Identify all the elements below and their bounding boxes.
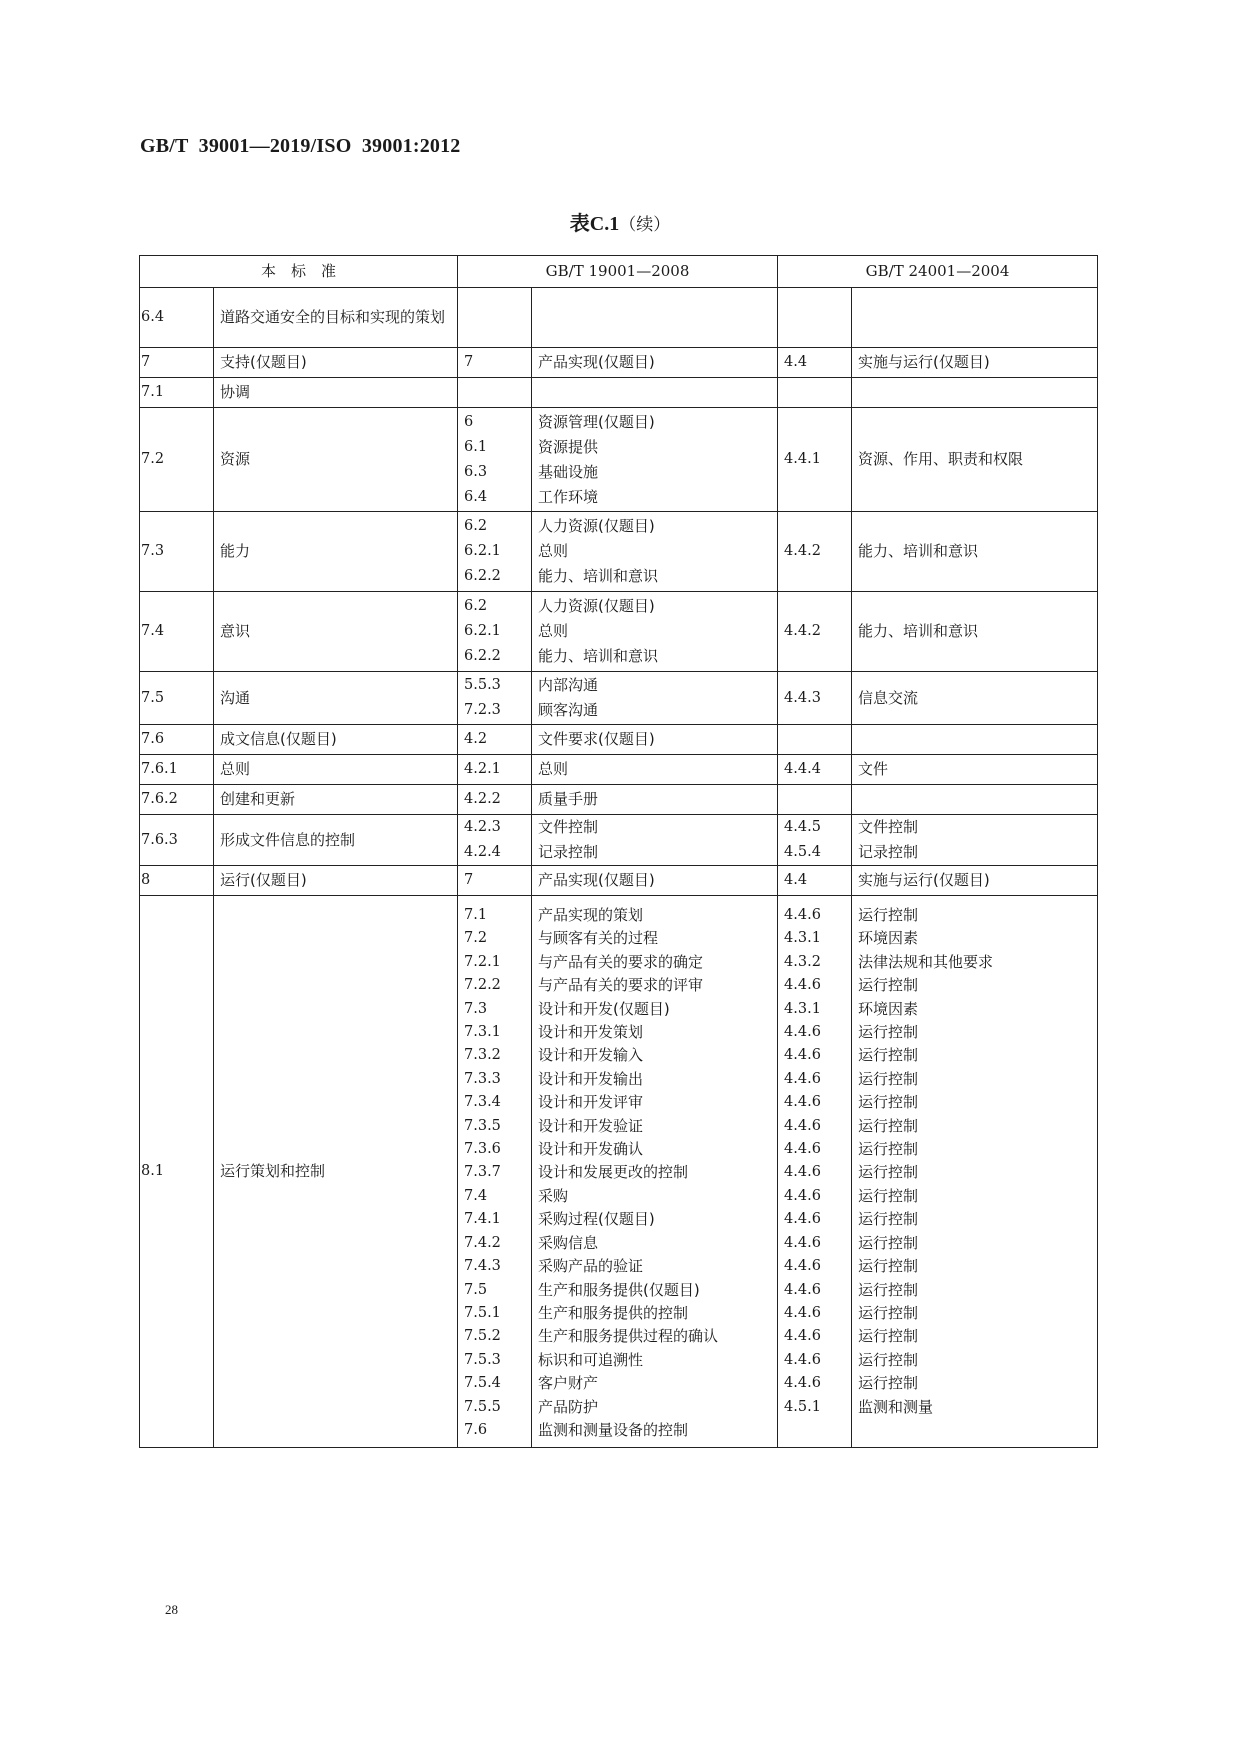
gb19001-clause-title-line: 采购: [538, 1185, 771, 1208]
gb24001-clause-title: 实施与运行(仅题目): [852, 348, 1098, 378]
gb24001-clause-title-line: 文件: [858, 757, 1091, 782]
gb24001-clause-title-line: 运行控制: [858, 1349, 1091, 1372]
clause-title: 总则: [214, 755, 458, 785]
gb19001-clause-number-line: 7.3.6: [464, 1138, 525, 1161]
gb19001-clause-title-line: 设计和开发评审: [538, 1091, 771, 1114]
gb19001-clause-number: 6.26.2.16.2.2: [458, 512, 532, 592]
gb19001-clause-title: 产品实现(仅题目): [532, 348, 778, 378]
gb24001-clause-number-line: 4.4.6: [784, 974, 845, 997]
gb24001-clause-title-line: 运行控制: [858, 1161, 1091, 1184]
gb19001-clause-number-line: 7.5.4: [464, 1372, 525, 1395]
gb24001-clause-title: 能力、培训和意识: [852, 592, 1098, 672]
gb24001-clause-title-line: 运行控制: [858, 904, 1091, 927]
gb24001-clause-title-line: 实施与运行(仅题目): [858, 868, 1091, 893]
gb19001-clause-number-line: 6.3: [464, 460, 525, 485]
gb24001-clause-number-line: 4.4.2: [784, 619, 845, 644]
gb24001-clause-number-line: 4.4.6: [784, 1185, 845, 1208]
clause-number: 7.3: [140, 512, 214, 592]
gb24001-clause-number: 4.4: [778, 866, 852, 896]
gb24001-clause-number-line: 4.4: [784, 868, 845, 893]
table-row: 7.3能力6.26.2.16.2.2人力资源(仅题目)总则能力、培训和意识4.4…: [140, 512, 1098, 592]
clause-number: 7.5: [140, 672, 214, 725]
gb24001-clause-number: [778, 785, 852, 815]
gb19001-clause-title-line: 设计和开发验证: [538, 1115, 771, 1138]
table-row: 7.5沟通5.5.37.2.3内部沟通顾客沟通4.4.3信息交流: [140, 672, 1098, 725]
gb19001-clause-title: 资源管理(仅题目)资源提供基础设施工作环境: [532, 408, 778, 512]
gb19001-clause-number-line: 7: [464, 350, 525, 375]
gb24001-clause-number-line: 4.4.2: [784, 539, 845, 564]
gb19001-clause-number-line: 6.2.2: [464, 644, 525, 669]
gb24001-clause-number-line: 4.4.6: [784, 1138, 845, 1161]
gb19001-clause-number: 6.26.2.16.2.2: [458, 592, 532, 672]
gb24001-clause-title: 文件: [852, 755, 1098, 785]
clause-title: 道路交通安全的目标和实现的策划: [214, 288, 458, 348]
gb19001-clause-title: 文件控制记录控制: [532, 815, 778, 866]
gb24001-clause-title-line: 运行控制: [858, 1115, 1091, 1138]
gb24001-clause-number-line: 4.4: [784, 350, 845, 375]
gb19001-clause-title-line: 产品防护: [538, 1396, 771, 1419]
gb24001-clause-title-line: 资源、作用、职责和权限: [858, 447, 1091, 472]
clause-title: 支持(仅题目): [214, 348, 458, 378]
gb19001-clause-number: 4.2.1: [458, 755, 532, 785]
gb19001-clause-title-line: 设计和开发确认: [538, 1138, 771, 1161]
gb19001-clause-number-line: 4.2: [464, 727, 525, 752]
gb19001-clause-number: 7: [458, 348, 532, 378]
gb19001-clause-title-line: 产品实现(仅题目): [538, 350, 771, 375]
gb19001-clause-title-line: 工作环境: [538, 485, 771, 510]
gb19001-clause-number: 4.2: [458, 725, 532, 755]
gb24001-clause-title-line: 运行控制: [858, 1232, 1091, 1255]
gb19001-clause-number-line: 4.2.1: [464, 757, 525, 782]
gb19001-clause-title-line: 基础设施: [538, 460, 771, 485]
table-row: 8.1运行策划和控制7.17.27.2.17.2.27.37.3.17.3.27…: [140, 896, 1098, 1448]
gb24001-clause-number-line: 4.3.2: [784, 951, 845, 974]
gb19001-clause-title-line: 人力资源(仅题目): [538, 594, 771, 619]
gb24001-clause-title: 运行控制环境因素法律法规和其他要求运行控制环境因素运行控制运行控制运行控制运行控…: [852, 896, 1098, 1448]
clause-title: 运行策划和控制: [214, 896, 458, 1448]
gb24001-clause-title-line: 运行控制: [858, 1372, 1091, 1395]
gb19001-clause-title-line: 客户财产: [538, 1372, 771, 1395]
clause-title: 能力: [214, 512, 458, 592]
gb24001-clause-number-line: 4.4.6: [784, 1068, 845, 1091]
gb19001-clause-title-line: 标识和可追溯性: [538, 1349, 771, 1372]
table-title: 表C.1（续）: [0, 207, 1240, 236]
gb24001-clause-number-line: 4.4.6: [784, 1044, 845, 1067]
gb24001-clause-title-line: 运行控制: [858, 1208, 1091, 1231]
table-row: 7支持(仅题目)7产品实现(仅题目)4.4实施与运行(仅题目): [140, 348, 1098, 378]
table-row: 7.6.3形成文件信息的控制4.2.34.2.4文件控制记录控制4.4.54.5…: [140, 815, 1098, 866]
gb24001-clause-title-line: 运行控制: [858, 1138, 1091, 1161]
gb19001-clause-number: 4.2.34.2.4: [458, 815, 532, 866]
gb24001-clause-number-line: 4.4.3: [784, 686, 845, 711]
header-gb19001: GB/T 19001—2008: [458, 256, 778, 288]
gb19001-clause-number-line: 7.3.2: [464, 1044, 525, 1067]
clause-number: 6.4: [140, 288, 214, 348]
gb24001-clause-number-line: 4.4.6: [784, 1349, 845, 1372]
gb24001-clause-title: [852, 725, 1098, 755]
gb24001-clause-title-line: 信息交流: [858, 686, 1091, 711]
gb24001-clause-number-line: 4.3.1: [784, 998, 845, 1021]
clause-title: 资源: [214, 408, 458, 512]
gb19001-clause-number-line: 6.2: [464, 594, 525, 619]
gb19001-clause-title-line: 记录控制: [538, 840, 771, 865]
page-number: 28: [165, 1602, 178, 1618]
gb19001-clause-title: 质量手册: [532, 785, 778, 815]
gb19001-clause-number-line: 4.2.4: [464, 840, 525, 865]
gb19001-clause-number-line: 7.3.1: [464, 1021, 525, 1044]
gb24001-clause-number-line: 4.4.6: [784, 1161, 845, 1184]
gb19001-clause-number-line: 7.4: [464, 1185, 525, 1208]
gb24001-clause-number-line: 4.4.6: [784, 1115, 845, 1138]
gb19001-clause-title: 人力资源(仅题目)总则能力、培训和意识: [532, 592, 778, 672]
gb19001-clause-number-line: 7.3.7: [464, 1161, 525, 1184]
gb19001-clause-title: 文件要求(仅题目): [532, 725, 778, 755]
gb24001-clause-title: 实施与运行(仅题目): [852, 866, 1098, 896]
clause-title: 意识: [214, 592, 458, 672]
gb24001-clause-number-line: 4.4.6: [784, 1255, 845, 1278]
gb24001-clause-number-line: 4.4.6: [784, 904, 845, 927]
gb24001-clause-title: 资源、作用、职责和权限: [852, 408, 1098, 512]
gb19001-clause-number-line: 7.1: [464, 904, 525, 927]
gb24001-clause-title: [852, 288, 1098, 348]
gb19001-clause-title-line: 质量手册: [538, 787, 771, 812]
gb19001-clause-number-line: 7: [464, 868, 525, 893]
clause-number: 7: [140, 348, 214, 378]
clause-number: 8.1: [140, 896, 214, 1448]
gb19001-clause-number-line: 7.2.1: [464, 951, 525, 974]
gb24001-clause-number: 4.4.64.3.14.3.24.4.64.3.14.4.64.4.64.4.6…: [778, 896, 852, 1448]
gb19001-clause-number-line: 7.3.3: [464, 1068, 525, 1091]
gb19001-clause-number-line: 7.5: [464, 1279, 525, 1302]
gb24001-clause-number-line: 4.4.4: [784, 757, 845, 782]
gb19001-clause-number-line: 7.4.2: [464, 1232, 525, 1255]
gb19001-clause-number-line: 7.2.2: [464, 974, 525, 997]
gb24001-clause-title: 能力、培训和意识: [852, 512, 1098, 592]
gb19001-clause-title: 总则: [532, 755, 778, 785]
gb24001-clause-number: 4.4.1: [778, 408, 852, 512]
gb19001-clause-title-line: 能力、培训和意识: [538, 564, 771, 589]
clause-title: 形成文件信息的控制: [214, 815, 458, 866]
gb19001-clause-number-line: 6.2.1: [464, 539, 525, 564]
gb19001-clause-title-line: 生产和服务提供的控制: [538, 1302, 771, 1325]
gb24001-clause-number: 4.4.54.5.4: [778, 815, 852, 866]
gb19001-clause-title: [532, 378, 778, 408]
gb24001-clause-title-line: 记录控制: [858, 840, 1091, 865]
gb24001-clause-number-line: 4.4.6: [784, 1372, 845, 1395]
gb19001-clause-number: [458, 288, 532, 348]
gb19001-clause-number-line: 7.6: [464, 1419, 525, 1442]
gb19001-clause-number-line: 7.4.3: [464, 1255, 525, 1278]
clause-title: 运行(仅题目): [214, 866, 458, 896]
gb24001-clause-number: [778, 288, 852, 348]
gb24001-clause-number: [778, 378, 852, 408]
gb19001-clause-title-line: 文件控制: [538, 815, 771, 840]
gb19001-clause-title-line: 设计和发展更改的控制: [538, 1161, 771, 1184]
table-title-label: 表C.1: [570, 213, 619, 235]
gb24001-clause-number-line: 4.3.1: [784, 927, 845, 950]
gb19001-clause-title: 内部沟通顾客沟通: [532, 672, 778, 725]
gb19001-clause-title: 人力资源(仅题目)总则能力、培训和意识: [532, 512, 778, 592]
table-body: 6.4道路交通安全的目标和实现的策划7支持(仅题目)7产品实现(仅题目)4.4实…: [140, 288, 1098, 1448]
clause-title: 创建和更新: [214, 785, 458, 815]
gb24001-clause-number-line: 4.4.6: [784, 1091, 845, 1114]
gb24001-clause-title-line: 运行控制: [858, 1325, 1091, 1348]
gb19001-clause-number-line: 6.1: [464, 435, 525, 460]
gb19001-clause-title-line: 设计和开发策划: [538, 1021, 771, 1044]
gb24001-clause-number: 4.4: [778, 348, 852, 378]
gb19001-clause-title-line: 总则: [538, 757, 771, 782]
clause-number: 7.4: [140, 592, 214, 672]
clause-title: 协调: [214, 378, 458, 408]
table-row: 7.4意识6.26.2.16.2.2人力资源(仅题目)总则能力、培训和意识4.4…: [140, 592, 1098, 672]
gb19001-clause-title-line: 设计和开发输出: [538, 1068, 771, 1091]
gb19001-clause-title-line: 生产和服务提供(仅题目): [538, 1279, 771, 1302]
gb19001-clause-number-line: 7.2.3: [464, 698, 525, 723]
table-row: 7.6成文信息(仅题目)4.2文件要求(仅题目): [140, 725, 1098, 755]
gb19001-clause-title-line: 采购信息: [538, 1232, 771, 1255]
gb24001-clause-title-line: 运行控制: [858, 974, 1091, 997]
gb19001-clause-number: 4.2.2: [458, 785, 532, 815]
gb24001-clause-number-line: 4.4.6: [784, 1279, 845, 1302]
gb19001-clause-title: 产品实现(仅题目): [532, 866, 778, 896]
header-gb24001: GB/T 24001—2004: [778, 256, 1098, 288]
gb19001-clause-number-line: 6.4: [464, 485, 525, 510]
gb24001-clause-number: [778, 725, 852, 755]
gb19001-clause-title-line: 文件要求(仅题目): [538, 727, 771, 752]
gb24001-clause-number-line: 4.5.4: [784, 840, 845, 865]
gb24001-clause-title-line: 文件控制: [858, 815, 1091, 840]
clause-number: 7.6: [140, 725, 214, 755]
gb24001-clause-title-line: 监测和测量: [858, 1396, 1091, 1419]
table-row: 8运行(仅题目)7产品实现(仅题目)4.4实施与运行(仅题目): [140, 866, 1098, 896]
gb24001-clause-number-line: 4.4.1: [784, 447, 845, 472]
clause-number: 7.2: [140, 408, 214, 512]
cross-reference-table: 本 标 准 GB/T 19001—2008 GB/T 24001—2004 6.…: [139, 255, 1098, 1448]
table-title-continued: （续）: [619, 215, 670, 235]
gb19001-clause-title-line: 产品实现的策划: [538, 904, 771, 927]
table-header-row: 本 标 准 GB/T 19001—2008 GB/T 24001—2004: [140, 256, 1098, 288]
gb24001-clause-title: 信息交流: [852, 672, 1098, 725]
gb24001-clause-number: 4.4.3: [778, 672, 852, 725]
clause-number: 7.1: [140, 378, 214, 408]
gb19001-clause-number: 7: [458, 866, 532, 896]
table-row: 7.6.1总则4.2.1总则4.4.4文件: [140, 755, 1098, 785]
clause-number: 7.6.2: [140, 785, 214, 815]
gb19001-clause-title-line: 与产品有关的要求的评审: [538, 974, 771, 997]
table-row: 7.6.2创建和更新4.2.2质量手册: [140, 785, 1098, 815]
gb24001-clause-number-line: 4.4.6: [784, 1232, 845, 1255]
gb19001-clause-title-line: 监测和测量设备的控制: [538, 1419, 771, 1442]
gb24001-clause-title-line: 运行控制: [858, 1044, 1091, 1067]
gb19001-clause-number-line: 5.5.3: [464, 673, 525, 698]
gb24001-clause-title-line: 环境因素: [858, 998, 1091, 1021]
gb24001-clause-number-line: 4.4.6: [784, 1302, 845, 1325]
table-row: 6.4道路交通安全的目标和实现的策划: [140, 288, 1098, 348]
gb24001-clause-title: 文件控制记录控制: [852, 815, 1098, 866]
header-this-standard: 本 标 准: [140, 256, 458, 288]
gb19001-clause-title-line: 总则: [538, 539, 771, 564]
gb19001-clause-number: 66.16.36.4: [458, 408, 532, 512]
gb24001-clause-title-line: 运行控制: [858, 1091, 1091, 1114]
gb24001-clause-title: [852, 785, 1098, 815]
gb19001-clause-number-line: 6.2: [464, 514, 525, 539]
gb24001-clause-title-line: 环境因素: [858, 927, 1091, 950]
gb19001-clause-number-line: 6.2.1: [464, 619, 525, 644]
gb24001-clause-title-line: 能力、培训和意识: [858, 539, 1091, 564]
gb19001-clause-number-line: 6: [464, 410, 525, 435]
gb24001-clause-title-line: 法律法规和其他要求: [858, 951, 1091, 974]
gb19001-clause-title: 产品实现的策划与顾客有关的过程与产品有关的要求的确定与产品有关的要求的评审设计和…: [532, 896, 778, 1448]
gb19001-clause-number: 5.5.37.2.3: [458, 672, 532, 725]
gb19001-clause-title-line: 内部沟通: [538, 673, 771, 698]
gb19001-clause-title-line: 能力、培训和意识: [538, 644, 771, 669]
gb24001-clause-number: 4.4.2: [778, 512, 852, 592]
gb19001-clause-number-line: 7.5.3: [464, 1349, 525, 1372]
gb24001-clause-title-line: 运行控制: [858, 1279, 1091, 1302]
gb19001-clause-title: [532, 288, 778, 348]
gb19001-clause-number-line: 7.3.5: [464, 1115, 525, 1138]
gb19001-clause-title-line: 人力资源(仅题目): [538, 514, 771, 539]
gb19001-clause-title-line: 总则: [538, 619, 771, 644]
clause-title: 沟通: [214, 672, 458, 725]
clause-number: 7.6.1: [140, 755, 214, 785]
gb24001-clause-number-line: 4.4.6: [784, 1021, 845, 1044]
gb19001-clause-title-line: 与顾客有关的过程: [538, 927, 771, 950]
gb24001-clause-title-line: 运行控制: [858, 1185, 1091, 1208]
gb19001-clause-title-line: 设计和开发(仅题目): [538, 998, 771, 1021]
gb19001-clause-number-line: 7.4.1: [464, 1208, 525, 1231]
gb19001-clause-title-line: 顾客沟通: [538, 698, 771, 723]
gb19001-clause-title-line: 资源管理(仅题目): [538, 410, 771, 435]
gb19001-clause-title-line: 产品实现(仅题目): [538, 868, 771, 893]
gb19001-clause-title-line: 采购产品的验证: [538, 1255, 771, 1278]
gb19001-clause-title-line: 生产和服务提供过程的确认: [538, 1325, 771, 1348]
gb19001-clause-number-line: 7.5.1: [464, 1302, 525, 1325]
gb24001-clause-number: 4.4.2: [778, 592, 852, 672]
gb19001-clause-number-line: 7.3.4: [464, 1091, 525, 1114]
standard-header: GB/T 39001—2019/ISO 39001:2012: [140, 135, 461, 158]
gb19001-clause-title-line: 资源提供: [538, 435, 771, 460]
clause-title: 成文信息(仅题目): [214, 725, 458, 755]
gb24001-clause-number-line: 4.4.6: [784, 1325, 845, 1348]
gb24001-clause-title-line: 运行控制: [858, 1255, 1091, 1278]
gb24001-clause-number-line: 4.4.5: [784, 815, 845, 840]
gb24001-clause-number: 4.4.4: [778, 755, 852, 785]
clause-number: 7.6.3: [140, 815, 214, 866]
clause-number: 8: [140, 866, 214, 896]
gb19001-clause-title-line: 采购过程(仅题目): [538, 1208, 771, 1231]
gb19001-clause-number-line: 4.2.3: [464, 815, 525, 840]
gb24001-clause-title-line: 运行控制: [858, 1068, 1091, 1091]
gb24001-clause-title: [852, 378, 1098, 408]
gb19001-clause-number-line: 7.5.5: [464, 1396, 525, 1419]
gb19001-clause-title-line: 与产品有关的要求的确定: [538, 951, 771, 974]
gb19001-clause-number-line: 6.2.2: [464, 564, 525, 589]
gb19001-clause-title-line: 设计和开发输入: [538, 1044, 771, 1067]
gb24001-clause-number-line: 4.5.1: [784, 1396, 845, 1419]
gb24001-clause-number-line: 4.4.6: [784, 1208, 845, 1231]
gb24001-clause-title-line: 运行控制: [858, 1302, 1091, 1325]
table-row: 7.1协调: [140, 378, 1098, 408]
gb19001-clause-number-line: 7.2: [464, 927, 525, 950]
table-row: 7.2资源66.16.36.4资源管理(仅题目)资源提供基础设施工作环境4.4.…: [140, 408, 1098, 512]
gb19001-clause-number-line: 4.2.2: [464, 787, 525, 812]
gb24001-clause-title-line: 实施与运行(仅题目): [858, 350, 1091, 375]
gb24001-clause-title-line: 运行控制: [858, 1021, 1091, 1044]
gb19001-clause-number: 7.17.27.2.17.2.27.37.3.17.3.27.3.37.3.47…: [458, 896, 532, 1448]
gb19001-clause-number: [458, 378, 532, 408]
gb19001-clause-number-line: 7.5.2: [464, 1325, 525, 1348]
gb24001-clause-title-line: 能力、培训和意识: [858, 619, 1091, 644]
gb19001-clause-number-line: 7.3: [464, 998, 525, 1021]
